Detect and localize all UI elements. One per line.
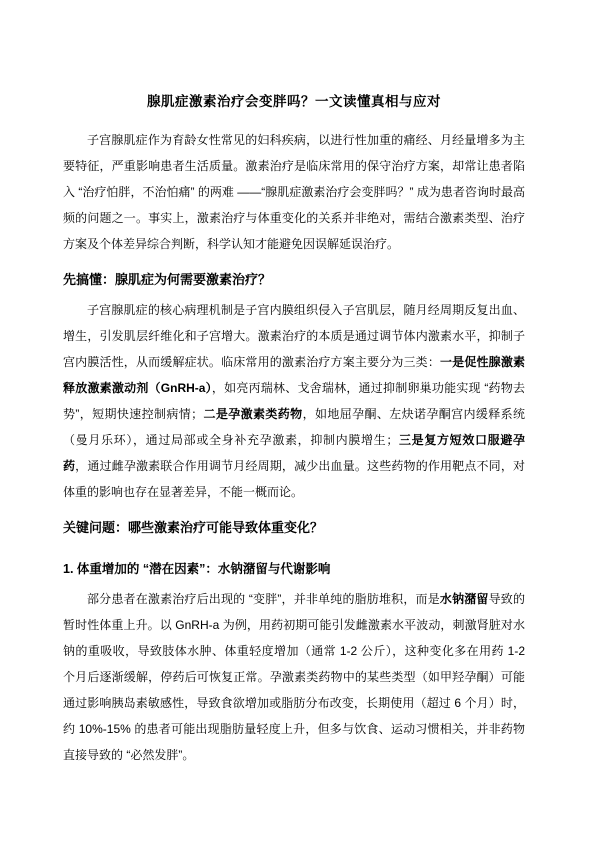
section-heading-which-therapies-change-weight: 关键问题：哪些激素治疗可能导致体重变化？	[63, 515, 525, 541]
text-run-bold-water-sodium-retention: 水钠潴留	[440, 592, 489, 606]
section-heading-why-hormone-therapy: 先搞懂：腺肌症为何需要激素治疗？	[63, 267, 525, 293]
subheading-weight-gain-factors: 1. 体重增加的 “潜在因素”：水钠潴留与代谢影响	[63, 556, 525, 582]
text-run: 导致的暂时性体重上升。以 GnRH-a 为例，用药初期可能引发雌激素水平波动，刺…	[63, 592, 525, 762]
document-title: 腺肌症激素治疗会变胖吗？一文读懂真相与应对	[63, 89, 525, 115]
weight-gain-paragraph: 部分患者在激素治疗后出现的 “变胖”，并非单纯的脂肪堆积，而是水钠潴留导致的暂时…	[63, 586, 525, 768]
text-run: 子宫腺肌症作为育龄女性常见的妇科疾病，以进行性加重的痛经、月经量增多为主要特征，…	[63, 133, 525, 251]
text-run: 部分患者在激素治疗后出现的 “变胖”，并非单纯的脂肪堆积，而是	[87, 592, 440, 606]
intro-paragraph: 子宫腺肌症作为育龄女性常见的妇科疾病，以进行性加重的痛经、月经量增多为主要特征，…	[63, 127, 525, 257]
text-run: ，通过雌孕激素联合作用调节月经周期，减少出血量。这些药物的作用靶点不同，对体重的…	[63, 459, 525, 499]
text-run-bold-progestin: 二是孕激素类药物	[203, 407, 302, 421]
therapy-types-paragraph: 子宫腺肌症的核心病理机制是子宫内膜组织侵入子宫肌层，随月经周期反复出血、增生，引…	[63, 297, 525, 505]
document-page: 腺肌症激素治疗会变胖吗？一文读懂真相与应对 子宫腺肌症作为育龄女性常见的妇科疾病…	[0, 0, 595, 841]
